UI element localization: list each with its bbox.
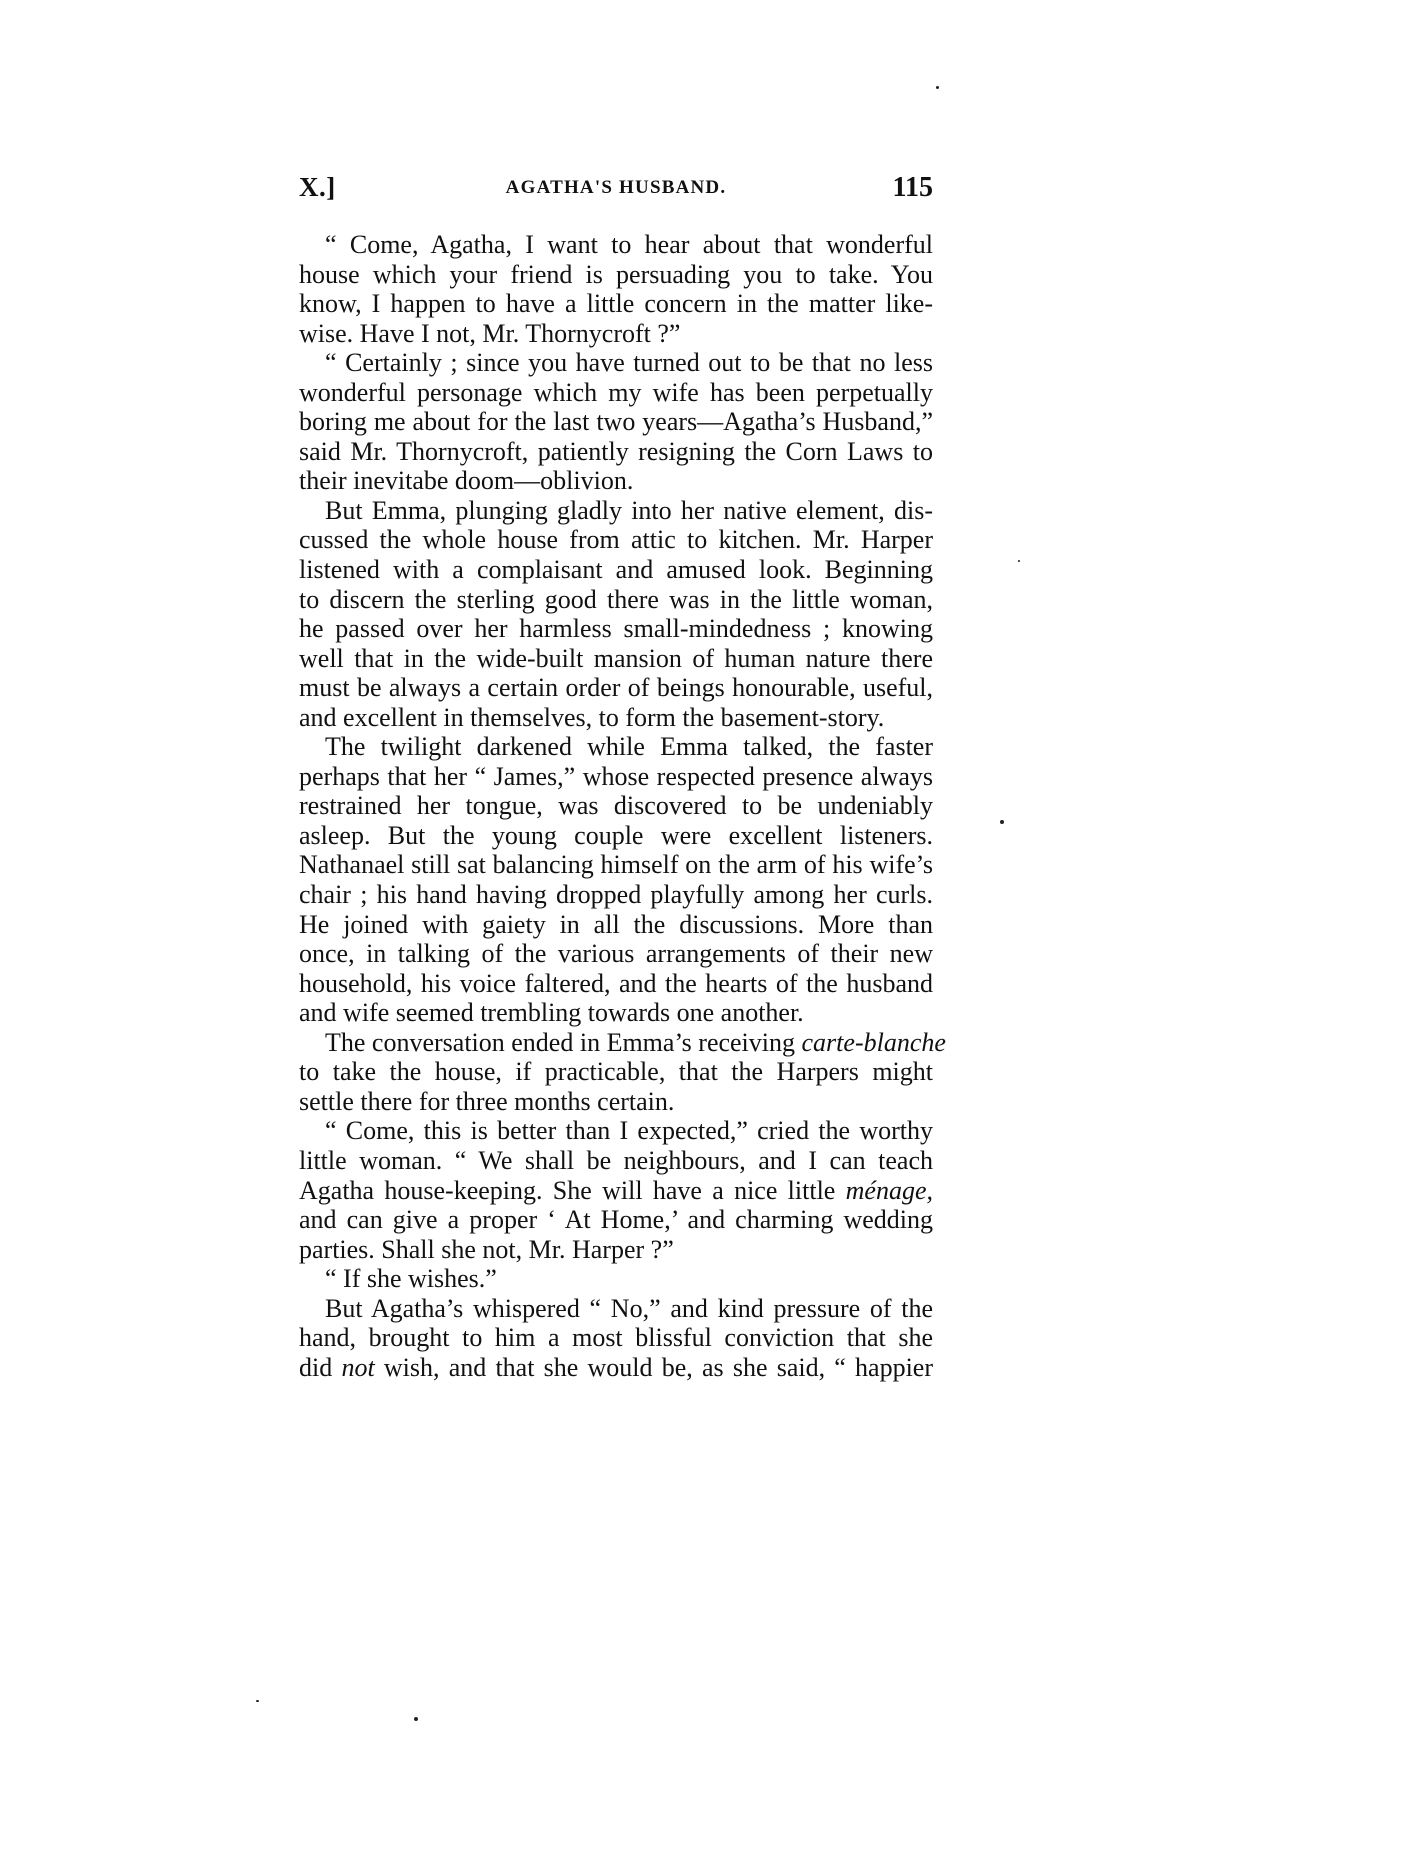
text-line-content: wise. Have I not, Mr. Thornycroft ?” — [299, 319, 680, 348]
text-line: and wife seemed trembling towards one an… — [299, 998, 933, 1028]
text-line: But Emma, plunging gladly into her nativ… — [299, 496, 933, 526]
text-line: But Agatha’s whispered “ No,” and kind p… — [299, 1294, 933, 1324]
text-line-content: must be always a certain order of beings… — [299, 673, 933, 702]
text-line-content: parties. Shall she not, Mr. Harper ?” — [299, 1235, 674, 1264]
running-head: X.] AGATHA'S HUSBAND. 115 — [299, 172, 933, 212]
scan-speck — [256, 1700, 259, 1702]
text-line: wonderful personage which my wife has be… — [299, 378, 933, 408]
italic-emphasis: not — [341, 1353, 374, 1382]
text-line: well that in the wide-built mansion of h… — [299, 644, 933, 674]
text-line-content: asleep. But the young couple were excell… — [299, 821, 933, 850]
text-line: to discern the sterling good there was i… — [299, 585, 933, 615]
text-line-content: Agatha house-keeping. She will have a ni… — [299, 1176, 846, 1205]
text-line: chair ; his hand having dropped playfull… — [299, 880, 933, 910]
text-line: household, his voice faltered, and the h… — [299, 969, 933, 999]
text-line-content: know, I happen to have a little concern … — [299, 289, 933, 318]
text-line-content: household, his voice faltered, and the h… — [299, 969, 933, 998]
text-line: listened with a complaisant and amused l… — [299, 555, 933, 585]
text-line-content: their inevitabe doom—oblivion. — [299, 466, 633, 495]
text-line: said Mr. Thornycroft, patiently resignin… — [299, 437, 933, 467]
page-number: 115 — [893, 172, 933, 204]
text-line: he passed over her harmless small-minded… — [299, 614, 933, 644]
text-line-content: “ Certainly ; since you have turned out … — [325, 348, 933, 377]
text-line: asleep. But the young couple were excell… — [299, 821, 933, 851]
book-page: X.] AGATHA'S HUSBAND. 115 “ Come, Agatha… — [0, 0, 1401, 1851]
text-line: must be always a certain order of beings… — [299, 673, 933, 703]
text-line: once, in talking of the various arrangem… — [299, 939, 933, 969]
text-line: “ If she wishes.” — [299, 1264, 933, 1294]
text-line-content: house which your friend is persuading yo… — [299, 260, 933, 289]
text-line: cussed the whole house from attic to kit… — [299, 525, 933, 555]
text-line: restrained her tongue, was discovered to… — [299, 791, 933, 821]
text-line-content: boring me about for the last two years—A… — [299, 407, 933, 436]
text-line: Agatha house-keeping. She will have a ni… — [299, 1176, 933, 1206]
text-line-content: and wife seemed trembling towards one an… — [299, 998, 804, 1027]
italic-emphasis: ménage, — [846, 1176, 933, 1205]
text-line: to take the house, if practicable, that … — [299, 1057, 933, 1087]
text-line: their inevitabe doom—oblivion. — [299, 466, 933, 496]
text-line: The twilight darkened while Emma talked,… — [299, 732, 933, 762]
text-line-content: wonderful personage which my wife has be… — [299, 378, 933, 407]
text-line: and can give a proper ‘ At Home,’ and ch… — [299, 1205, 933, 1235]
text-line-content: But Emma, plunging gladly into her nativ… — [325, 496, 933, 525]
text-line-content: But Agatha’s whispered “ No,” and kind p… — [325, 1294, 933, 1323]
text-line: The conversation ended in Emma’s receivi… — [299, 1028, 933, 1058]
scan-speck — [1000, 820, 1004, 824]
text-line-content: listened with a complaisant and amused l… — [299, 555, 933, 584]
text-line-content: cussed the whole house from attic to kit… — [299, 525, 933, 554]
text-line-content: once, in talking of the various arrangem… — [299, 939, 933, 968]
text-line-content: well that in the wide-built mansion of h… — [299, 644, 933, 673]
text-line: “ Come, Agatha, I want to hear about tha… — [299, 230, 933, 260]
text-line-content: he passed over her harmless small-minded… — [299, 614, 933, 643]
text-line-content: Nathanael still sat balancing himself on… — [299, 850, 933, 879]
text-line: little woman. “ We shall be neighbours, … — [299, 1146, 933, 1176]
text-line-content: and can give a proper ‘ At Home,’ and ch… — [299, 1205, 933, 1234]
text-line: perhaps that her “ James,” whose respect… — [299, 762, 933, 792]
text-line-content: hand, brought to him a most blissful con… — [299, 1323, 933, 1352]
text-line-content: restrained her tongue, was discovered to… — [299, 791, 933, 820]
text-line: settle there for three months certain. — [299, 1087, 933, 1117]
body-text: “ Come, Agatha, I want to hear about tha… — [299, 230, 933, 1382]
text-line: and excellent in themselves, to form the… — [299, 703, 933, 733]
text-line-content: said Mr. Thornycroft, patiently resignin… — [299, 437, 933, 466]
text-line-content: to take the house, if practicable, that … — [299, 1057, 933, 1086]
scan-speck — [414, 1717, 418, 1721]
text-line: “ Certainly ; since you have turned out … — [299, 348, 933, 378]
text-line-content: did — [299, 1353, 341, 1382]
scan-speck — [1018, 560, 1020, 562]
text-line-content: “ Come, Agatha, I want to hear about tha… — [325, 230, 933, 259]
text-line: parties. Shall she not, Mr. Harper ?” — [299, 1235, 933, 1265]
text-line: Nathanael still sat balancing himself on… — [299, 850, 933, 880]
scan-speck — [936, 86, 939, 89]
text-line-content: wish, and that she would be, as she said… — [375, 1353, 933, 1382]
text-line-content: The twilight darkened while Emma talked,… — [325, 732, 933, 761]
text-line-content: chair ; his hand having dropped playfull… — [299, 880, 933, 909]
text-line-content: and excellent in themselves, to form the… — [299, 703, 884, 732]
text-line-content: “ If she wishes.” — [325, 1264, 497, 1293]
text-line: know, I happen to have a little concern … — [299, 289, 933, 319]
running-title: AGATHA'S HUSBAND. — [299, 177, 933, 199]
text-line: boring me about for the last two years—A… — [299, 407, 933, 437]
text-line-content: little woman. “ We shall be neighbours, … — [299, 1146, 933, 1175]
text-line-content: “ Come, this is better than I expected,”… — [325, 1116, 933, 1145]
text-line: “ Come, this is better than I expected,”… — [299, 1116, 933, 1146]
italic-emphasis: carte-blanche — [802, 1028, 946, 1057]
text-line: hand, brought to him a most blissful con… — [299, 1323, 933, 1353]
text-line: did not wish, and that she would be, as … — [299, 1353, 933, 1383]
text-line-content: to discern the sterling good there was i… — [299, 585, 933, 614]
text-line-content: perhaps that her “ James,” whose respect… — [299, 762, 933, 791]
text-line-content: The conversation ended in Emma’s receivi… — [325, 1028, 802, 1057]
text-line: wise. Have I not, Mr. Thornycroft ?” — [299, 319, 933, 349]
text-line-content: settle there for three months certain. — [299, 1087, 674, 1116]
text-line-content: He joined with gaiety in all the discuss… — [299, 910, 933, 939]
text-line: He joined with gaiety in all the discuss… — [299, 910, 933, 940]
text-line: house which your friend is persuading yo… — [299, 260, 933, 290]
